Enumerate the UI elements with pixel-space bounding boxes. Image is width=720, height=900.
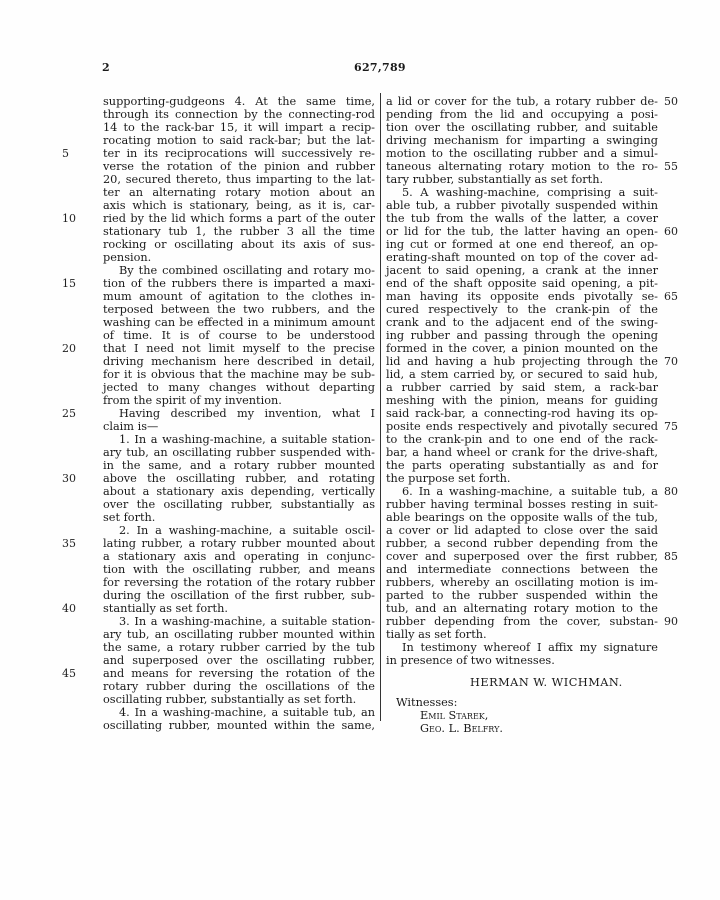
left-text-line: and means for reversing the rotation of … [103,667,375,680]
page-number: 2 [102,61,110,74]
inventor-signature: HERMAN W. WICHMAN. [470,676,623,689]
left-text-line: supporting-gudgeons 4. At the same time, [103,95,375,108]
left-text-line: 3. In a washing-machine, a suitable stat… [103,615,375,628]
right-text-line: tially as set forth. [386,628,658,641]
left-text-line: lating rubber, a rotary rubber mounted a… [103,537,375,550]
patent-number: 627,789 [354,61,406,74]
right-text-line: or lid for the tub, the latter having an… [386,225,658,238]
margin-line-number: 55 [664,160,694,173]
left-text-line: rocking or oscillating about its axis of… [103,238,375,251]
right-text-line: jacent to said opening, a crank at the i… [386,264,658,277]
right-text-line: rubber having terminal bosses resting in… [386,498,658,511]
left-text-line: tion with the oscillating rubber, and me… [103,563,375,576]
left-text-line: rocating motion to said rack-bar; but th… [103,134,375,147]
right-text-line: 6. In a washing-machine, a suitable tub,… [386,485,658,498]
margin-line-number: 40 [62,602,84,615]
left-text-line: stationary tub 1, the rubber 3 all the t… [103,225,375,238]
right-text-line: lid, a stem carried by, or secured to sa… [386,368,658,381]
left-text-line: ary tub, an oscillating rubber suspended… [103,446,375,459]
right-text-line: rubber depending from the cover, substan… [386,615,658,628]
left-text-line: 4. In a washing-machine, a suitable tub,… [103,706,375,719]
right-text-line: driving mechanism for imparting a swingi… [386,134,658,147]
right-text-line: and intermediate connections between the [386,563,658,576]
left-text-line: that I need not limit myself to the prec… [103,342,375,355]
right-column: a lid or cover for the tub, a rotary rub… [386,95,658,667]
right-text-line: the purpose set forth. [386,472,658,485]
right-text-line: able bearings on the opposite walls of t… [386,511,658,524]
right-text-line: in presence of two witnesses. [386,654,658,667]
margin-line-number: 20 [62,342,84,355]
left-text-line: oscillating rubber, mounted within the s… [103,719,375,732]
left-text-line: oscillating rubber, substantially as set… [103,693,375,706]
right-text-line: crank and to the adjacent end of the swi… [386,316,658,329]
left-text-line: pension. [103,251,375,264]
right-text-line: a cover or lid adapted to close over the… [386,524,658,537]
margin-line-number: 65 [664,290,694,303]
witnesses-label: Witnesses: [396,696,457,709]
right-text-line: ing rubber and passing through the openi… [386,329,658,342]
right-text-line: tion over the oscillating rubber, and su… [386,121,658,134]
left-text-line: terposed between the two rubbers, and th… [103,303,375,316]
left-text-line: the same, a rotary rubber carried by the… [103,641,375,654]
right-text-line: ing cut or formed at one end thereof, an… [386,238,658,251]
margin-line-number: 70 [664,355,694,368]
witness-1: Emil Starek, [420,709,488,722]
right-text-line: 5. A washing-machine, comprising a suit- [386,186,658,199]
left-text-line: ter in its reciprocations will successiv… [103,147,375,160]
right-text-line: to the crank-pin and to one end of the r… [386,433,658,446]
left-text-line: of time. It is of course to be understoo… [103,329,375,342]
margin-line-number: 80 [664,485,694,498]
margin-line-number: 5 [62,147,84,160]
right-text-line: the parts operating substantially as and… [386,459,658,472]
margin-line-number: 85 [664,550,694,563]
left-text-line: Having described my invention, what I [103,407,375,420]
left-text-line: By the combined oscillating and rotary m… [103,264,375,277]
right-text-line: man having its opposite ends pivotally s… [386,290,658,303]
right-text-line: rubbers, whereby an oscillating motion i… [386,576,658,589]
left-text-line: washing can be effected in a minimum amo… [103,316,375,329]
right-text-line: a rubber carried by said stem, a rack-ba… [386,381,658,394]
patent-page: 2 627,789 supporting-gudgeons 4. At the … [0,0,720,900]
left-text-line: 1. In a washing-machine, a suitable stat… [103,433,375,446]
left-text-line: claim is— [103,420,375,433]
margin-line-number: 90 [664,615,694,628]
right-text-line: taneous alternating rotary motion to the… [386,160,658,173]
right-text-line: posite ends respectively and pivotally s… [386,420,658,433]
right-text-line: cover and superposed over the first rubb… [386,550,658,563]
left-text-line: a stationary axis and operating in conju… [103,550,375,563]
margin-line-number: 30 [62,472,84,485]
right-text-line: In testimony whereof I affix my signatur… [386,641,658,654]
right-text-line: rubber, a second rubber depending from t… [386,537,658,550]
right-text-line: bar, a hand wheel or crank for the drive… [386,446,658,459]
right-text-line: motion to the oscillating rubber and a s… [386,147,658,160]
margin-line-number: 50 [664,95,694,108]
right-text-line: parted to the rubber suspended within th… [386,589,658,602]
left-text-line: for reversing the rotation of the rotary… [103,576,375,589]
margin-line-number: 35 [62,537,84,550]
right-text-line: the tub from the walls of the latter, a … [386,212,658,225]
right-text-line: said rack-bar, a connecting-rod having i… [386,407,658,420]
right-text-line: formed in the cover, a pinion mounted on… [386,342,658,355]
left-text-line: 20, secured thereto, thus imparting to t… [103,173,375,186]
left-text-line: verse the rotation of the pinion and rub… [103,160,375,173]
right-text-line: meshing with the pinion, means for guidi… [386,394,658,407]
left-text-line: axis which is stationary, being, as it i… [103,199,375,212]
left-text-line: stantially as set forth. [103,602,375,615]
left-text-line: 2. In a washing-machine, a suitable osci… [103,524,375,537]
left-text-line: through its connection by the connecting… [103,108,375,121]
margin-line-number: 60 [664,225,694,238]
left-text-line: ary tub, an oscillating rubber mounted w… [103,628,375,641]
left-text-line: above the oscillating rubber, and rotati… [103,472,375,485]
left-text-line: mum amount of agitation to the clothes i… [103,290,375,303]
margin-line-number: 10 [62,212,84,225]
right-text-line: pending from the lid and occupying a pos… [386,108,658,121]
right-text-line: able tub, a rubber pivotally suspended w… [386,199,658,212]
witness-2: Geo. L. Belfry. [420,722,503,735]
right-text-line: end of the shaft opposite said opening, … [386,277,658,290]
left-text-line: 14 to the rack-bar 15, it will impart a … [103,121,375,134]
left-text-line: tion of the rubbers there is imparted a … [103,277,375,290]
margin-line-number: 75 [664,420,694,433]
right-text-line: cured respectively to the crank-pin of t… [386,303,658,316]
left-column: supporting-gudgeons 4. At the same time,… [103,95,375,732]
left-text-line: ter an alternating rotary motion about a… [103,186,375,199]
left-text-line: for it is obvious that the machine may b… [103,368,375,381]
left-text-line: jected to many changes without departing [103,381,375,394]
left-text-line: during the oscillation of the first rubb… [103,589,375,602]
left-text-line: in the same, and a rotary rubber mounted [103,459,375,472]
margin-line-number: 15 [62,277,84,290]
left-text-line: rotary rubber during the oscillations of… [103,680,375,693]
margin-line-number: 25 [62,407,84,420]
left-text-line: set forth. [103,511,375,524]
left-text-line: over the oscillating rubber, substantial… [103,498,375,511]
left-text-line: ried by the lid which forms a part of th… [103,212,375,225]
right-text-line: tary rubber, substantially as set forth. [386,173,658,186]
margin-line-number: 45 [62,667,84,680]
right-text-line: tub, and an alternating rotary motion to… [386,602,658,615]
column-divider [380,93,381,721]
left-text-line: and superposed over the oscillating rubb… [103,654,375,667]
left-text-line: driving mechanism here described in deta… [103,355,375,368]
right-text-line: lid and having a hub projecting through … [386,355,658,368]
left-text-line: about a stationary axis depending, verti… [103,485,375,498]
left-text-line: from the spirit of my invention. [103,394,375,407]
right-text-line: a lid or cover for the tub, a rotary rub… [386,95,658,108]
right-text-line: erating-shaft mounted on top of the cove… [386,251,658,264]
